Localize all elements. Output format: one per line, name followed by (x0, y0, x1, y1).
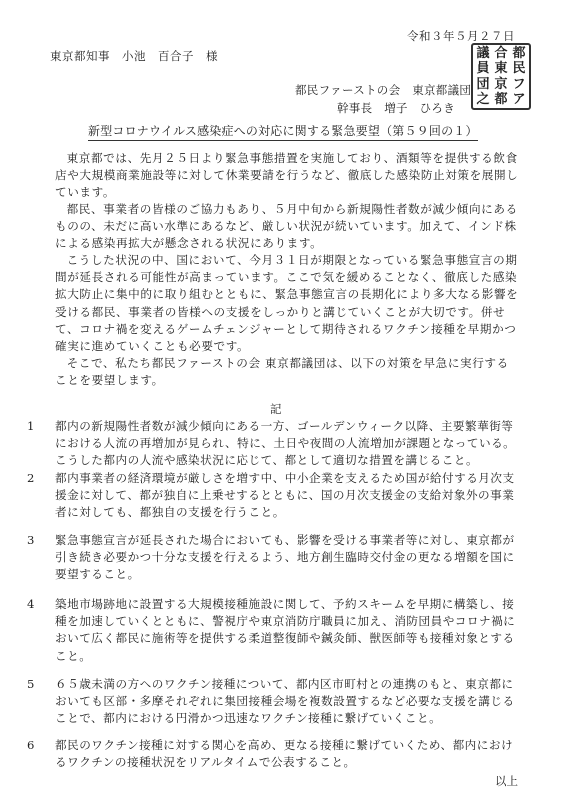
seal-char: 都 (492, 93, 510, 106)
seal-char: ア (510, 93, 528, 106)
seal-char: フ (510, 78, 528, 91)
document-date: 令和３年５月２７日 (407, 28, 515, 44)
item-number: 5 (27, 676, 35, 693)
document-title: 新型コロナウイルス感染症への対応に関する緊急要望（第５９回の１） (88, 122, 478, 141)
request-item: 6 都民のワクチン接種に対する関心を高め、更なる接種に繋げていくため、都内におけ… (55, 737, 525, 771)
recipient: 東京都知事 小池 百合子 様 (50, 48, 218, 64)
item-number: 1 (27, 418, 35, 435)
item-text: ６５歳未満の方へのワクチン接種について、都内区市町村との連携のもと、東京都におい… (55, 676, 525, 728)
item-text: 築地市場跡地に設置する大規模接種施設に関して、予約スキームを早期に構築し、接種を… (55, 596, 525, 665)
item-text: 都内事業者の経済環境が厳しさを増す中、中小企業を支えるため国が給付する月次支援金… (55, 470, 525, 522)
seal-char: 員 (474, 62, 492, 75)
closing-mark: 以上 (495, 773, 518, 789)
intro-paragraph: そこで、私たち都民ファーストの会 東京都議団は、以下の対策を早急に実行することを… (55, 355, 520, 389)
intro-paragraph: こうした状況の中、国において、今月３１日が期限となっている緊急事態宣言の期間が延… (55, 252, 520, 355)
item-text: 都民のワクチン接種に対する関心を高め、更なる接種に繋げていくため、都内におけるワ… (55, 737, 525, 771)
sender-representative: 幹事長 増子 ひろき (337, 100, 455, 116)
document-page: 令和３年５月２７日 東京都知事 小池 百合子 様 都民ファーストの会 東京都議団… (0, 0, 565, 800)
seal-char: 京 (492, 78, 510, 91)
section-marker: 記 (270, 401, 282, 417)
intro-paragraph: 都民、事業者の皆様のご協力もあり、５月中旬から新規陽性者数が減少傾向にあるものの… (55, 201, 520, 253)
intro-paragraph: 東京都では、先月２５日より緊急事態措置を実施しており、酒類等を提供する飲食店や大… (55, 150, 520, 202)
item-text: 緊急事態宣言が延長された場合においても、影響を受ける事業者等に対し、東京都が引き… (55, 532, 525, 584)
seal-char: 民 (510, 62, 528, 75)
seal-char: 都 (510, 47, 528, 60)
request-item: 1 都内の新規陽性者数が減少傾向にある一方、ゴールデンウィーク以降、主要繁華街等… (55, 418, 525, 470)
seal-char: 之 (474, 93, 492, 106)
request-item: 4 築地市場跡地に設置する大規模接種施設に関して、予約スキームを早期に構築し、接… (55, 596, 525, 665)
seal-char: 合 (492, 47, 510, 60)
request-item: 5 ６５歳未満の方へのワクチン接種について、都内区市町村との連携のもと、東京都に… (55, 676, 525, 728)
item-number: 6 (27, 737, 35, 754)
sender-organization: 都民ファーストの会 東京都議団 (295, 82, 471, 98)
seal-char: 団 (474, 78, 492, 91)
request-item: 2 都内事業者の経済環境が厳しさを増す中、中小企業を支えるため国が給付する月次支… (55, 470, 525, 522)
item-number: 4 (27, 596, 35, 613)
request-item: 3 緊急事態宣言が延長された場合においても、影響を受ける事業者等に対し、東京都が… (55, 532, 525, 584)
item-number: 2 (27, 470, 35, 487)
seal-char: 議 (474, 47, 492, 60)
seal-char: 東 (492, 62, 510, 75)
item-number: 3 (27, 532, 35, 549)
official-seal: 議 合 都 員 東 民 団 京 フ 之 都 ア (471, 43, 531, 110)
item-text: 都内の新規陽性者数が減少傾向にある一方、ゴールデンウィーク以降、主要繁華街等にお… (55, 418, 525, 470)
